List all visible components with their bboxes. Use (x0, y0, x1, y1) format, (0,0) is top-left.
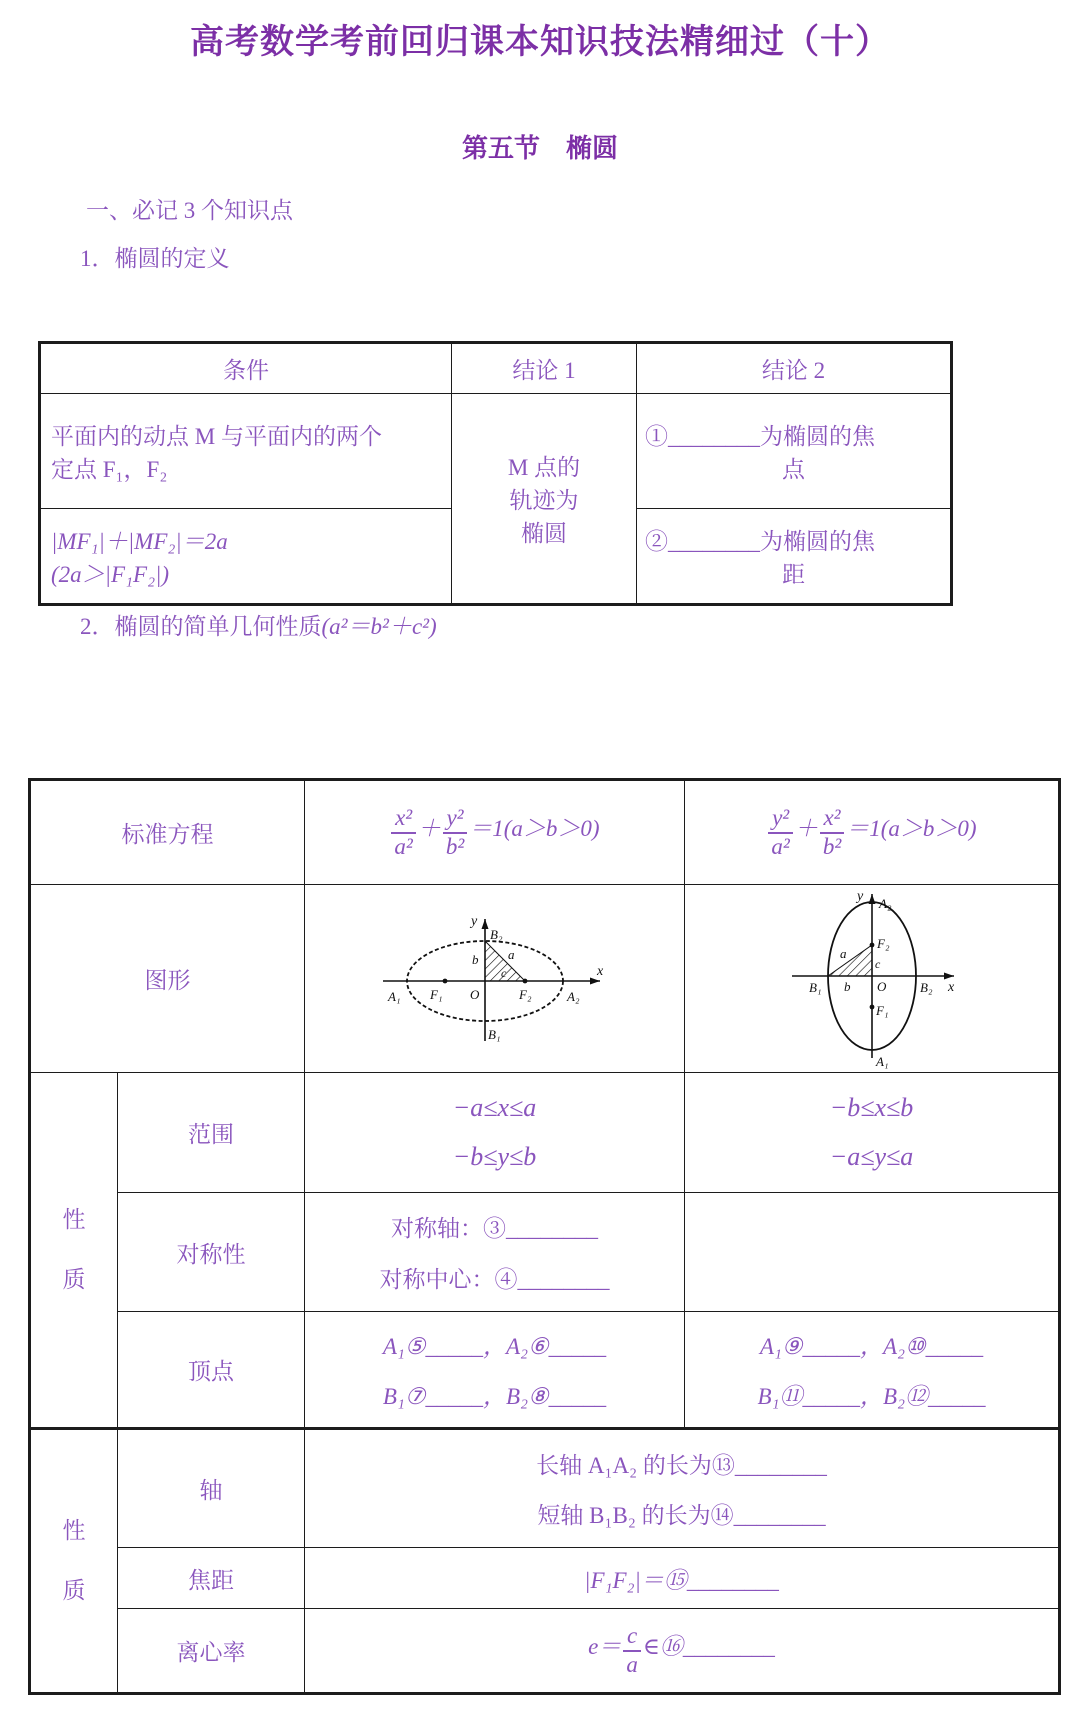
focal-distance-blank: |F₁F₂|＝⑮________ (305, 1548, 1060, 1609)
focus-F2-dot (869, 942, 874, 947)
frac-num: y² (768, 805, 792, 833)
range-left-y: −b≤y≤b (305, 1142, 684, 1172)
vertex-left-A: A₁⑤_____，A₂⑥_____ (305, 1328, 684, 1361)
fig-left-label-b: b (472, 952, 479, 967)
y-axis-arrow (481, 919, 488, 929)
header-condition: 条件 (40, 343, 452, 394)
plus-sign: ＋ (418, 816, 441, 841)
axis-label: 轴 (118, 1429, 305, 1548)
conclusion2-cell-1: ①________为椭圆的焦 点 (637, 394, 952, 509)
condition-equation: |MF₁|＋|MF₂|＝2a (51, 523, 443, 556)
conclusion2-cell-2: ②________为椭圆的焦 距 (637, 509, 952, 605)
frac-num: y² (443, 805, 467, 833)
axis-row: 性质 轴 长轴 A₁A₂ 的长为⑬________ 短轴 B₁B₂ 的长为⑭__… (30, 1429, 1060, 1548)
fig-left-label-a: a (508, 947, 515, 962)
section-title: 第五节 椭圆 (0, 128, 1080, 165)
horizontal-ellipse-figure: y x A₁ A₂ B₂ B₁ F₁ O F₂ b a c (375, 909, 615, 1049)
conclusion1-line-2: 轨迹为 (510, 482, 579, 515)
symmetry-center-blank: 对称中心：④________ (305, 1261, 684, 1294)
fig-right-label-y: y (855, 889, 864, 904)
standard-equation-row: 标准方程 x²a²＋y²b²＝1(a＞b＞0) y²a²＋x²b²＝1(a＞b＞… (30, 780, 1060, 885)
focus-blank-line-2: 点 (637, 451, 950, 484)
knowledge-points-heading: 一、必记 3 个知识点 (86, 192, 293, 225)
fig-left-label-x: x (596, 964, 604, 979)
conclusion1-line-1: M 点的 (508, 449, 580, 482)
focus-F1-dot (442, 978, 447, 983)
fig-right-label-B2: B₂ (920, 980, 933, 995)
symmetry-label: 对称性 (118, 1193, 305, 1312)
condition-inequality: (2a＞|F₁F₂|) (51, 556, 443, 589)
header-conclusion1: 结论 1 (452, 343, 637, 394)
fig-left-label-B2: B₂ (490, 927, 503, 942)
symmetry-row: 对称性 对称轴：③________ 对称中心：④________ (30, 1193, 1060, 1312)
eccentricity-row: 离心率 e＝ca∈⑯________ (30, 1609, 1060, 1694)
fig-left-label-O: O (470, 987, 480, 1002)
fig-right-label-x: x (947, 980, 955, 995)
fig-right-label-B1: B₁ (809, 980, 821, 995)
condition-line-2: 定点 F₁，F₂ (51, 451, 443, 484)
figure-row: 图形 y (30, 885, 1060, 1073)
eccentricity-formula: e＝ca∈⑯________ (305, 1609, 1060, 1694)
fig-right-label-F1: F₁ (875, 1003, 888, 1018)
definition-row-1: 平面内的动点 M 与平面内的两个 定点 F₁，F₂ M 点的 轨迹为 椭圆 ①_… (40, 394, 952, 509)
vertical-ellipse-figure: y x A₂ A₁ B₁ B₂ F₂ F₁ O a c b (782, 888, 962, 1070)
vertex-right-B: B₁⑪_____，B₂⑫_____ (685, 1378, 1058, 1411)
ecc-post: ∈⑯________ (643, 1634, 775, 1659)
frac-num: x² (391, 805, 415, 833)
fig-right-label-A2: A₂ (878, 896, 892, 911)
range-row: 性质 范围 −a≤x≤a −b≤y≤b −b≤x≤b −a≤y≤a (30, 1073, 1060, 1193)
definition-table: 条件 结论 1 结论 2 平面内的动点 M 与平面内的两个 定点 F₁，F₂ M… (38, 341, 953, 606)
vertex-label: 顶点 (118, 1312, 305, 1429)
symmetry-empty-cell (685, 1193, 1060, 1312)
fig-left-label-y: y (469, 914, 478, 929)
fig-left-label-A2: A₂ (566, 989, 580, 1004)
conclusion1-cell: M 点的 轨迹为 椭圆 (452, 394, 637, 605)
fig-left-label-F1: F₁ (429, 987, 442, 1002)
page-title: 高考数学考前回归课本知识技法精细过（十） (0, 14, 1080, 63)
abc-triangle (828, 945, 872, 976)
axis-content-cell: 长轴 A₁A₂ 的长为⑬________ 短轴 B₁B₂ 的长为⑭_______… (305, 1429, 1060, 1548)
focal-distance-label: 焦距 (118, 1548, 305, 1609)
fig-right-label-b: b (844, 979, 851, 994)
range-left-cell: −a≤x≤a −b≤y≤b (305, 1073, 685, 1193)
frac-den: b² (443, 834, 467, 860)
fig-right-label-F2: F₂ (876, 936, 890, 951)
focal-distance-blank-line: ②________为椭圆的焦 (637, 523, 950, 556)
frac-den: a (623, 1652, 641, 1678)
condition-cell-1: 平面内的动点 M 与平面内的两个 定点 F₁，F₂ (40, 394, 452, 509)
vertex-row: 顶点 A₁⑤_____，A₂⑥_____ B₁⑦_____，B₂⑧_____ A… (30, 1312, 1060, 1429)
figure-label: 图形 (30, 885, 305, 1073)
properties-group-label-1: 性质 (30, 1073, 118, 1429)
major-axis-blank: 长轴 A₁A₂ 的长为⑬________ (305, 1447, 1058, 1480)
figure-horizontal-ellipse-cell: y x A₁ A₂ B₂ B₁ F₁ O F₂ b a c (305, 885, 685, 1073)
worksheet-page: 高考数学考前回归课本知识技法精细过（十） 第五节 椭圆 一、必记 3 个知识点 … (0, 0, 1080, 1724)
range-right-x: −b≤x≤b (685, 1093, 1058, 1123)
standard-equation-right: y²a²＋x²b²＝1(a＞b＞0) (685, 780, 1060, 885)
frac-num: c (623, 1623, 641, 1651)
standard-equation-left: x²a²＋y²b²＝1(a＞b＞0) (305, 780, 685, 885)
figure-vertical-ellipse-cell: y x A₂ A₁ B₁ B₂ F₂ F₁ O a c b (685, 885, 1060, 1073)
focus-blank-line: ①________为椭圆的焦 (637, 418, 950, 451)
properties-vertical-text: 性质 (61, 1501, 86, 1621)
fig-left-label-c: c (501, 966, 507, 980)
focal-distance-row: 焦距 |F₁F₂|＝⑮________ (30, 1548, 1060, 1609)
range-right-y: −a≤y≤a (685, 1142, 1058, 1172)
range-right-cell: −b≤x≤b −a≤y≤a (685, 1073, 1060, 1193)
frac-den: a² (391, 834, 415, 860)
equation-tail: ＝1(a＞b＞0) (469, 816, 599, 841)
properties-table: 标准方程 x²a²＋y²b²＝1(a＞b＞0) y²a²＋x²b²＝1(a＞b＞… (28, 778, 1061, 1695)
vertex-right-cell: A₁⑨_____，A₂⑩_____ B₁⑪_____，B₂⑫_____ (685, 1312, 1060, 1429)
x-axis-arrow (944, 972, 954, 979)
symmetry-axis-blank: 对称轴：③________ (305, 1210, 684, 1243)
frac-num: x² (820, 805, 844, 833)
range-left-x: −a≤x≤a (305, 1093, 684, 1123)
fig-right-label-a: a (840, 946, 847, 961)
focal-distance-blank-line-2: 距 (637, 556, 950, 589)
eccentricity-label: 离心率 (118, 1609, 305, 1694)
vertex-left-B: B₁⑦_____，B₂⑧_____ (305, 1378, 684, 1411)
properties-group-label-2: 性质 (30, 1429, 118, 1694)
frac-den: b² (820, 834, 844, 860)
plus-sign: ＋ (795, 816, 818, 841)
standard-equation-label: 标准方程 (30, 780, 305, 885)
fig-left-label-A1: A₁ (387, 989, 400, 1004)
definition-heading: 1．椭圆的定义 (80, 240, 230, 273)
properties-heading: 2．椭圆的简单几何性质(a²＝b²＋c²) (80, 608, 437, 641)
vertex-right-A: A₁⑨_____，A₂⑩_____ (685, 1328, 1058, 1361)
focus-F2-dot (522, 978, 527, 983)
focus-F1-dot (869, 1004, 874, 1009)
fig-right-label-c: c (875, 957, 881, 971)
fig-right-label-O: O (877, 979, 887, 994)
conclusion1-line-3: 椭圆 (521, 515, 567, 548)
properties-vertical-text: 性质 (61, 1190, 86, 1310)
fig-right-label-A1: A₁ (875, 1054, 888, 1069)
frac-den: a² (768, 834, 792, 860)
header-conclusion2: 结论 2 (637, 343, 952, 394)
symmetry-content-cell: 对称轴：③________ 对称中心：④________ (305, 1193, 685, 1312)
equation-tail: ＝1(a＞b＞0) (846, 816, 976, 841)
vertex-left-cell: A₁⑤_____，A₂⑥_____ B₁⑦_____，B₂⑧_____ (305, 1312, 685, 1429)
condition-cell-2: |MF₁|＋|MF₂|＝2a (2a＞|F₁F₂|) (40, 509, 452, 605)
range-label: 范围 (118, 1073, 305, 1193)
ecc-pre: e＝ (588, 1634, 621, 1659)
definition-table-header-row: 条件 结论 1 结论 2 (40, 343, 952, 394)
condition-line-1: 平面内的动点 M 与平面内的两个 (51, 418, 443, 451)
fig-left-label-F2: F₂ (518, 987, 532, 1002)
minor-axis-blank: 短轴 B₁B₂ 的长为⑭________ (305, 1497, 1058, 1530)
properties-heading-formula: (a²＝b²＋c²) (322, 614, 437, 639)
properties-heading-text: 2．椭圆的简单几何性质 (80, 614, 322, 639)
fig-left-label-B1: B₁ (488, 1027, 500, 1042)
